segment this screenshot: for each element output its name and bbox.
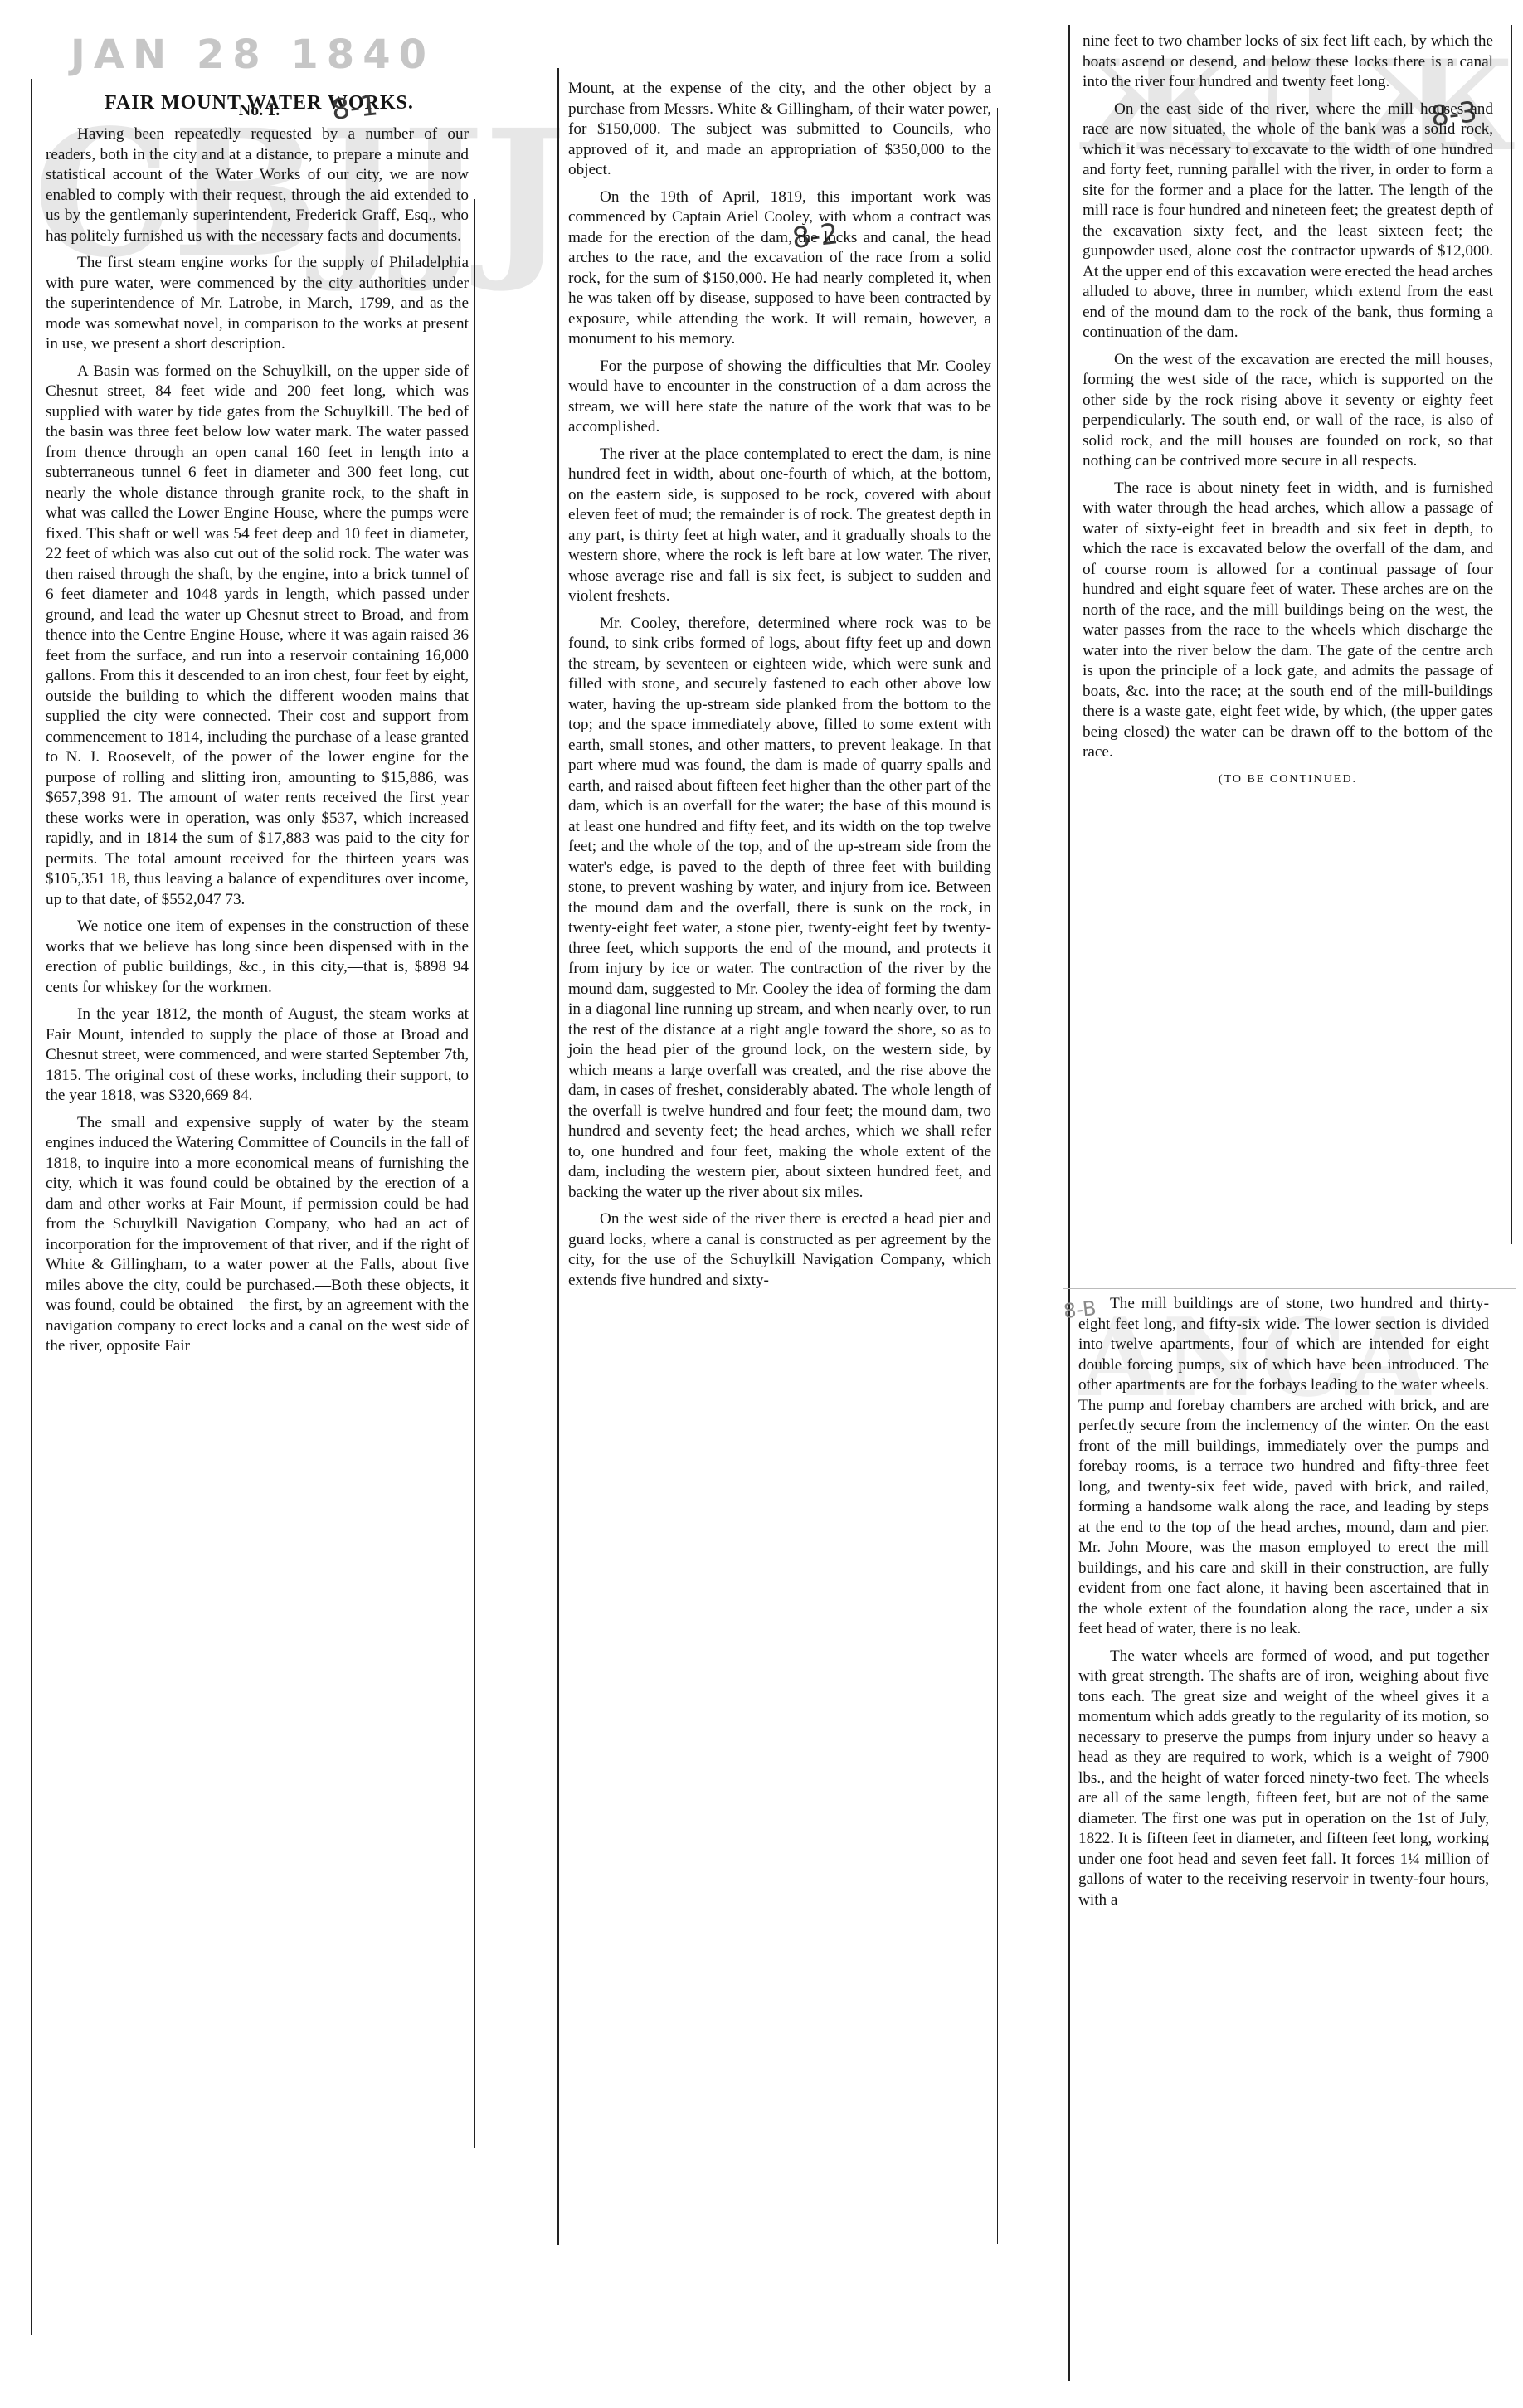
article-column-1: Having been repeatedly requested by a nu… xyxy=(46,124,469,1357)
article-issue-number: No. 1. xyxy=(50,101,469,120)
paragraph: The river at the place contemplated to e… xyxy=(568,445,991,607)
paragraph: The first steam engine works for the sup… xyxy=(46,253,469,355)
to-be-continued: (TO BE CONTINUED. xyxy=(1083,770,1493,791)
column3-separator xyxy=(1063,1288,1516,1289)
column2-right-border xyxy=(997,108,998,2244)
paragraph: For the purpose of showing the difficult… xyxy=(568,357,991,438)
column1-left-border xyxy=(31,79,32,2335)
paragraph: In the year 1812, the month of August, t… xyxy=(46,1005,469,1107)
paragraph: nine feet to two chamber locks of six fe… xyxy=(1083,32,1493,93)
paragraph: We notice one item of expenses in the co… xyxy=(46,917,469,998)
column3-left-border xyxy=(1068,25,1070,2381)
column3-right-border xyxy=(1511,25,1512,1244)
article-column-3-continuation: The mill buildings are of stone, two hun… xyxy=(1078,1294,1489,1910)
article-column-2: Mount, at the expense of the city, and t… xyxy=(568,79,991,1291)
paragraph: On the 19th of April, 1819, this importa… xyxy=(568,187,991,350)
paragraph: The water wheels are formed of wood, and… xyxy=(1078,1647,1489,1911)
paragraph: On the east side of the river, where the… xyxy=(1083,100,1493,343)
column1-right-border xyxy=(474,199,475,2148)
paragraph: The race is about ninety feet in width, … xyxy=(1083,479,1493,763)
paragraph: On the west of the excavation are erecte… xyxy=(1083,350,1493,472)
paragraph: Mount, at the expense of the city, and t… xyxy=(568,79,991,181)
date-stamp: JAN 28 1840 xyxy=(71,32,435,78)
paragraph: The small and expensive supply of water … xyxy=(46,1113,469,1357)
paragraph: A Basin was formed on the Schuylkill, on… xyxy=(46,362,469,911)
paragraph: Mr. Cooley, therefore, determined where … xyxy=(568,614,991,1204)
paragraph: On the west side of the river there is e… xyxy=(568,1209,991,1291)
article-column-3: nine feet to two chamber locks of six fe… xyxy=(1083,32,1493,790)
column2-left-border xyxy=(557,68,559,2245)
handwritten-annotation: 8-1 xyxy=(330,89,379,127)
paragraph: The mill buildings are of stone, two hun… xyxy=(1078,1294,1489,1640)
paragraph: Having been repeatedly requested by a nu… xyxy=(46,124,469,246)
